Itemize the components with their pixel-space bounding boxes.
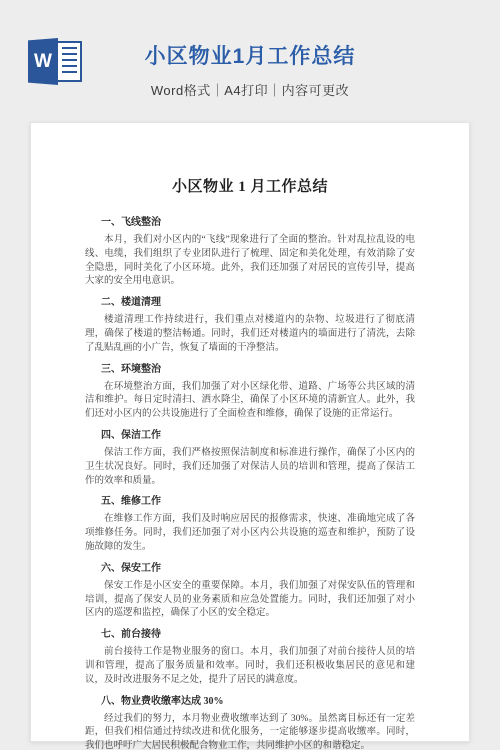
word-icon: W (28, 38, 82, 85)
section-body: 前台接待工作是物业服务的窗口。本月，我们加强了对前台接待人员的培训和管理，提高了… (85, 646, 415, 687)
section-body: 楼道清理工作持续进行，我们重点对楼道内的杂物、垃圾进行了彻底清理，确保了楼道的整… (85, 314, 415, 355)
header: W 小区物业1月工作总结 Word格式｜A4打印｜内容可更改 (0, 0, 500, 99)
document-section-6: 六、保安工作 保安工作是小区安全的重要保障。本月，我们加强了对保安队伍的管理和培… (85, 562, 415, 621)
section-body: 在维修工作方面，我们及时响应居民的报修需求，快速、准确地完成了各项维修任务。同时… (85, 513, 415, 554)
document-section-1: 一、飞线整治 本月，我们对小区内的“飞线”现象进行了全面的整治。针对乱拉乱设的电… (85, 216, 415, 289)
document-section-7: 七、前台接待 前台接待工作是物业服务的窗口。本月，我们加强了对前台接待人员的培训… (85, 628, 415, 687)
document-page: 小区物业 1 月工作总结 一、飞线整治 本月，我们对小区内的“飞线”现象进行了全… (30, 122, 470, 742)
document-section-3: 三、环境整治 在环境整治方面，我们加强了对小区绿化带、道路、广场等公共区域的清洁… (85, 363, 415, 422)
section-heading: 六、保安工作 (85, 562, 415, 576)
section-body: 经过我们的努力，本月物业费收缴率达到了 30%。虽然离目标还有一定差距，但我们相… (85, 713, 415, 750)
section-heading: 八、物业费收缴率达成 30% (85, 695, 415, 709)
document-section-4: 四、保洁工作 保洁工作方面，我们严格按照保洁制度和标准进行操作，确保了小区内的卫… (85, 429, 415, 488)
document-section-2: 二、楼道清理 楼道清理工作持续进行，我们重点对楼道内的杂物、垃圾进行了彻底清理，… (85, 296, 415, 355)
section-heading: 三、环境整治 (85, 363, 415, 377)
section-heading: 一、飞线整治 (85, 216, 415, 230)
section-heading: 四、保洁工作 (85, 429, 415, 443)
word-icon-letter: W (34, 51, 52, 73)
section-body: 本月，我们对小区内的“飞线”现象进行了全面的整治。针对乱拉乱设的电线、电缆，我们… (85, 234, 415, 289)
document-section-5: 五、维修工作 在维修工作方面，我们及时响应居民的报修需求，快速、准确地完成了各项… (85, 495, 415, 554)
template-preview-screen: W 小区物业1月工作总结 Word格式｜A4打印｜内容可更改 小区物业 1 月工… (0, 0, 500, 750)
section-body: 保洁工作方面，我们严格按照保洁制度和标准进行操作，确保了小区内的卫生状况良好。同… (85, 447, 415, 488)
section-body: 在环境整治方面，我们加强了对小区绿化带、道路、广场等公共区域的清洁和维护。每日定… (85, 381, 415, 422)
section-heading: 五、维修工作 (85, 495, 415, 509)
word-icon-sheet-lines (62, 47, 77, 76)
section-heading: 七、前台接待 (85, 628, 415, 642)
document-section-8: 八、物业费收缴率达成 30% 经过我们的努力，本月物业费收缴率达到了 30%。虽… (85, 695, 415, 750)
document-title: 小区物业 1 月工作总结 (85, 175, 415, 196)
word-icon-front: W (28, 38, 58, 85)
section-body: 保安工作是小区安全的重要保障。本月，我们加强了对保安队伍的管理和培训，提高了保安… (85, 580, 415, 621)
section-heading: 二、楼道清理 (85, 296, 415, 310)
